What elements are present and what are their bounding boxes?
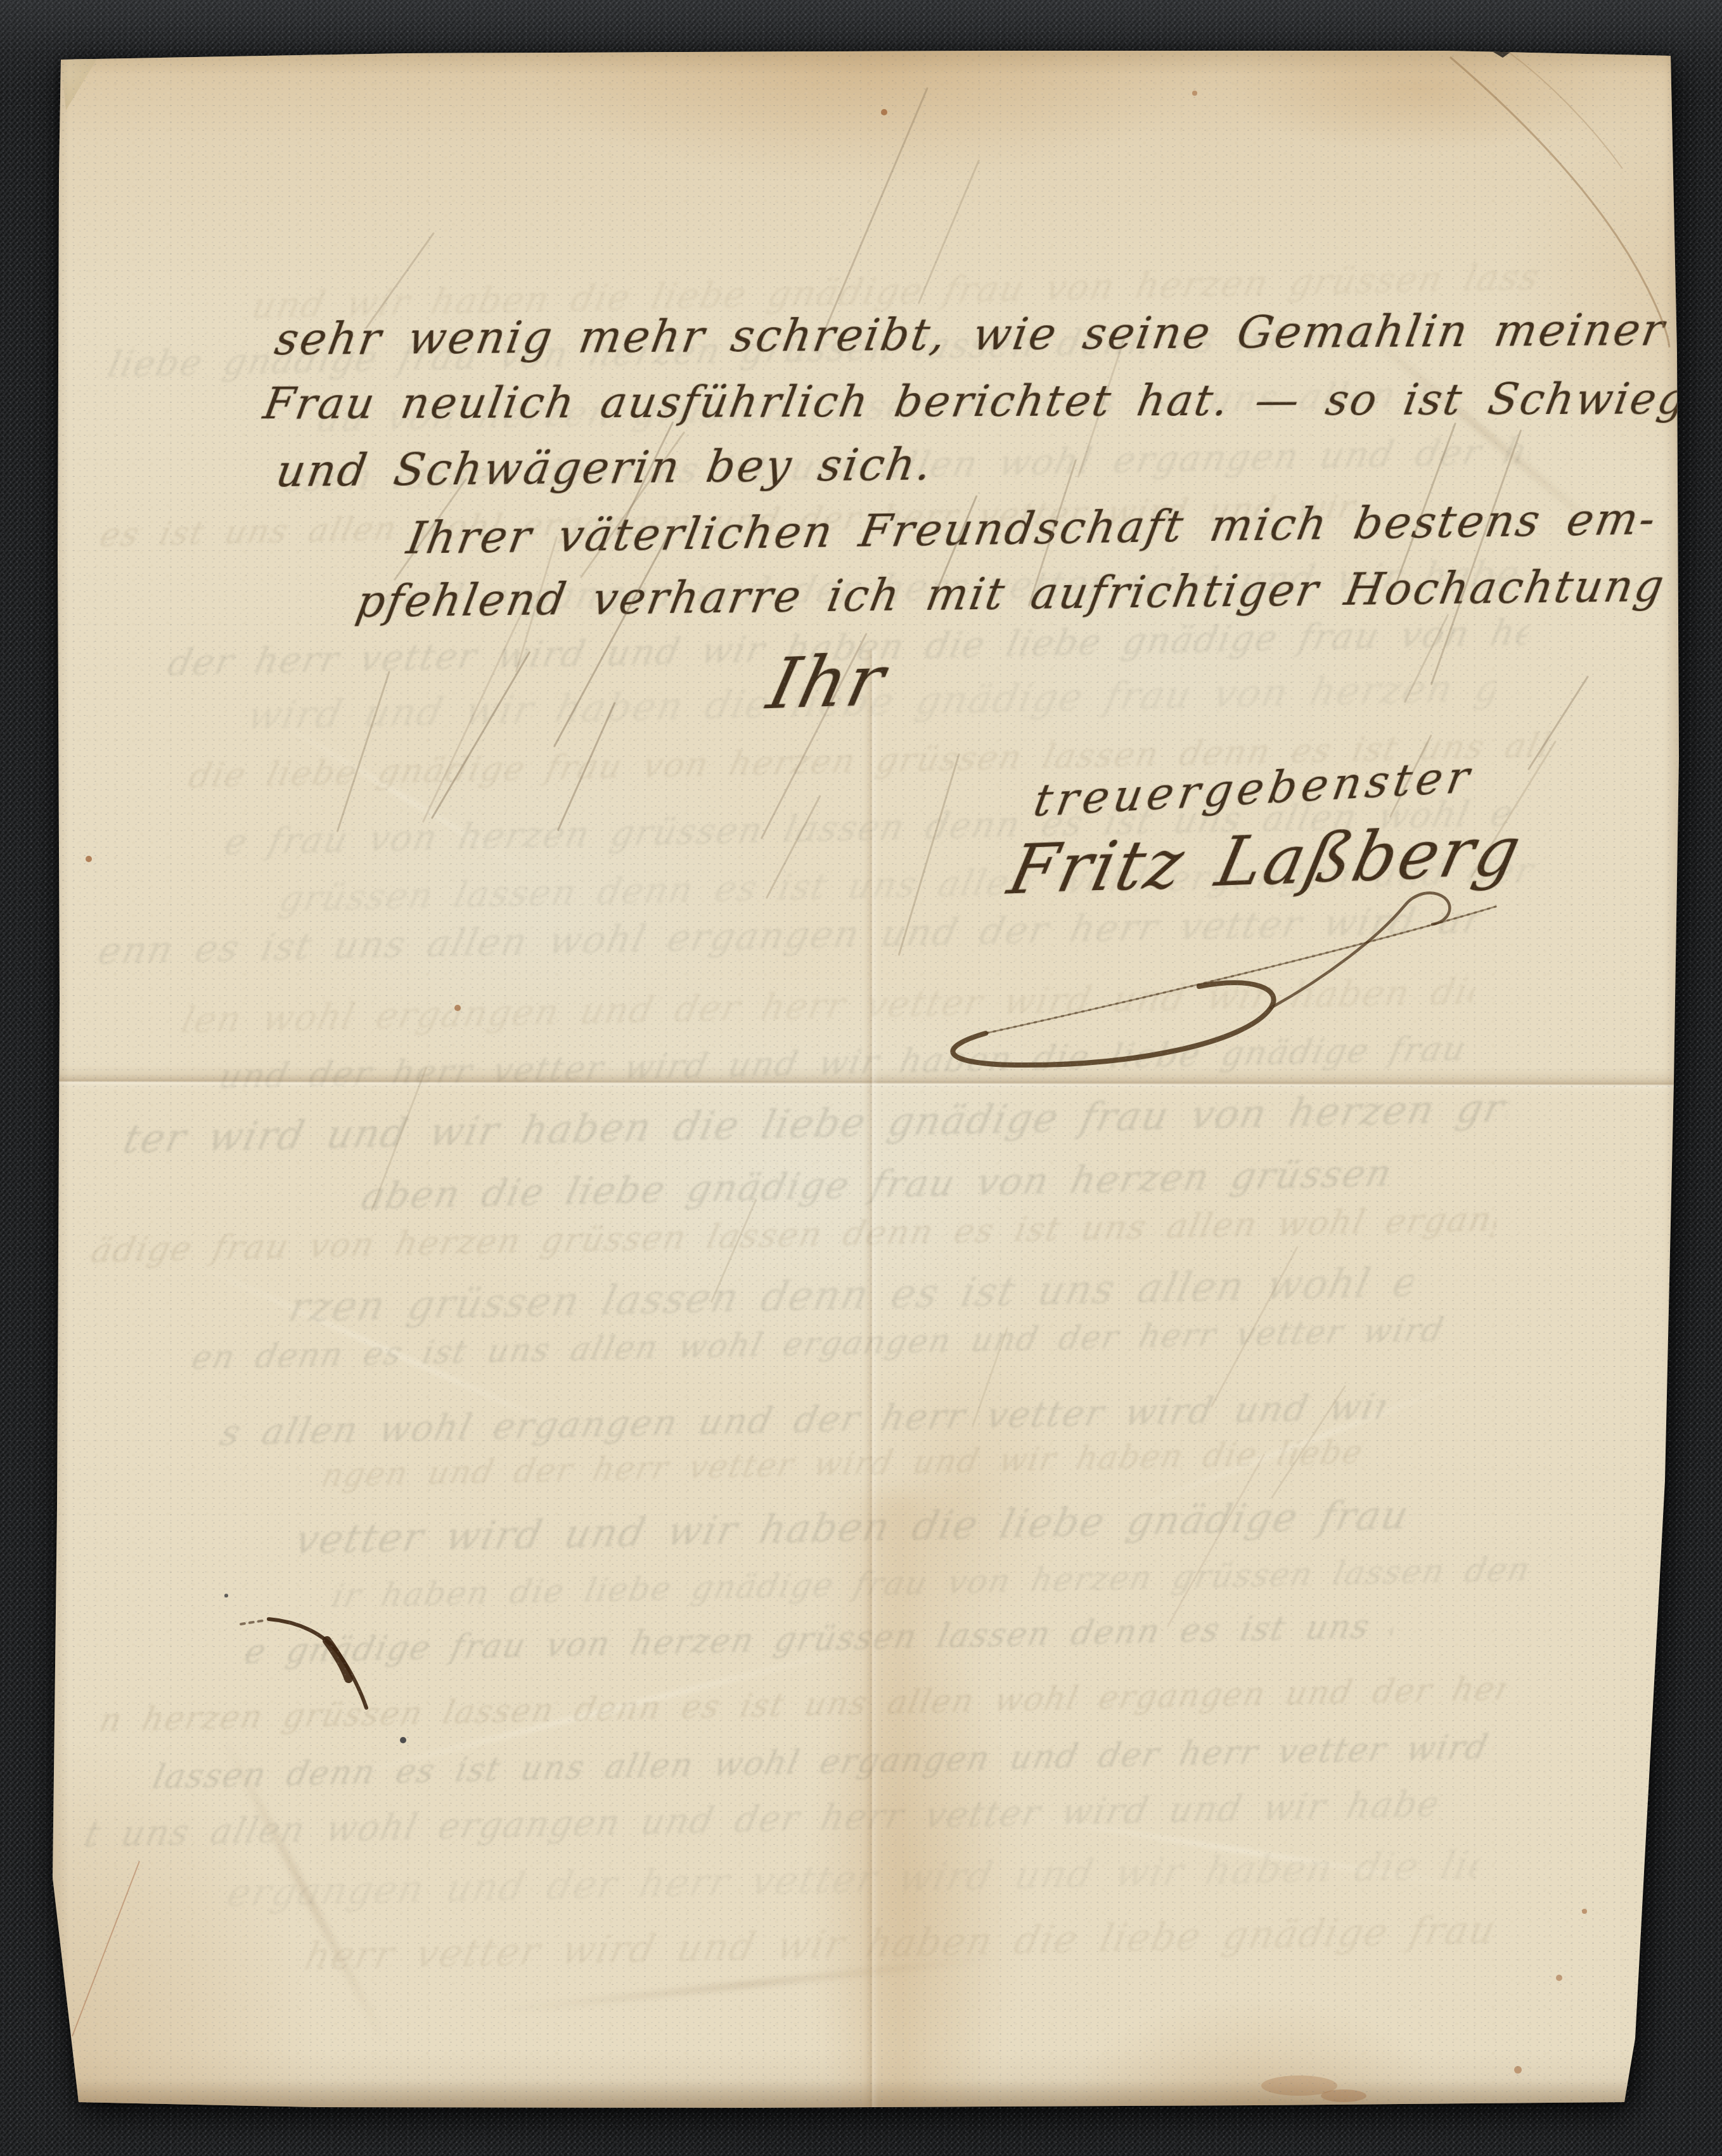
signature: Fritz Laßberg: [1001, 811, 1530, 910]
valediction-ihr: Ihr: [761, 639, 894, 725]
handwriting-line: Ihrer väterlichen Freundschaft mich best…: [403, 493, 1661, 564]
photograph-scene: und wir haben die liebe gnädige frau von…: [0, 0, 1722, 2156]
letter-paper: und wir haben die liebe gnädige frau von…: [51, 48, 1681, 2110]
handwriting-line: Frau neulich ausführlich berichtet hat. …: [260, 373, 1722, 429]
handwriting-line: pfehlend verharre ich mit aufrichtiger H…: [352, 561, 1669, 628]
handwriting-line: und Schwägerin bey sich.: [273, 438, 937, 497]
handwriting-block: sehr wenig mehr schreibt, wie seine Gema…: [51, 48, 1681, 2110]
handwriting-line: sehr wenig mehr schreibt, wie seine Gema…: [271, 304, 1669, 365]
